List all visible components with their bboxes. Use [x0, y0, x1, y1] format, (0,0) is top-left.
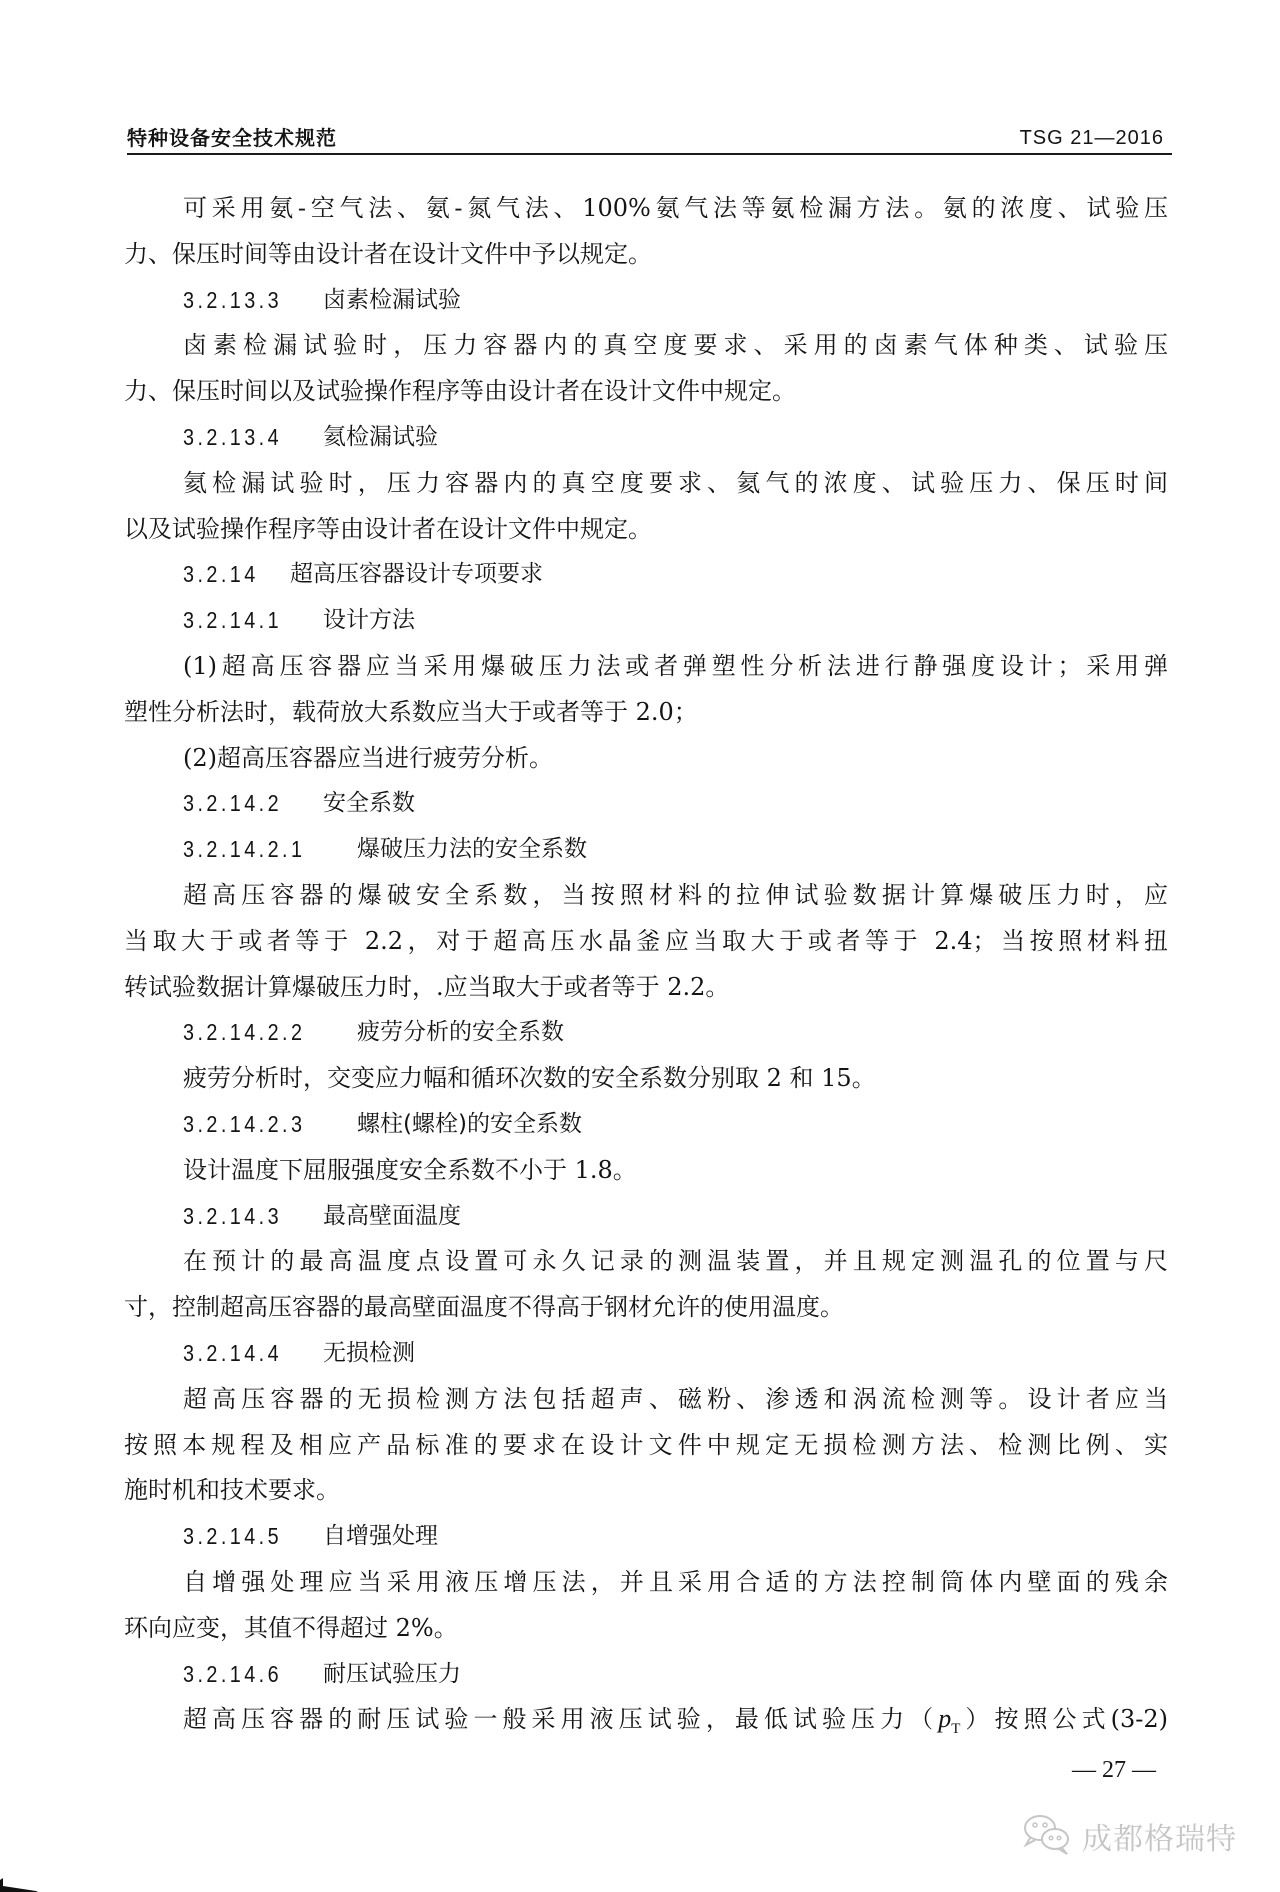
- section-heading: 3.2.14.2安全系数: [183, 780, 1168, 826]
- wechat-icon: [1022, 1812, 1074, 1860]
- body-line: 塑性分析法时，载荷放大系数应当大于或者等于 2.0；: [124, 689, 1168, 735]
- section-heading: 3.2.14.2.1爆破压力法的安全系数: [183, 826, 1168, 872]
- section-title: 无损检测: [323, 1330, 415, 1376]
- body-line: (2)超高压容器应当进行疲劳分析。: [183, 735, 1168, 781]
- section-title: 最高壁面温度: [323, 1193, 461, 1239]
- section-number: 3.2.14.2.2: [183, 1009, 305, 1055]
- section-heading: 3.2.14超高压容器设计专项要求: [183, 551, 1168, 597]
- section-heading: 3.2.14.1设计方法: [183, 597, 1168, 643]
- text-before-symbol: 超高压容器的耐压试验一般采用液压试验，最低试验压力（: [183, 1705, 938, 1733]
- body-line: 可采用氨-空气法、氨-氮气法、100%氨气法等氨检漏方法。氨的浓度、试验压: [183, 185, 1168, 231]
- section-number: 3.2.14.2.3: [183, 1101, 305, 1147]
- section-number: 3.2.14.1: [183, 597, 282, 643]
- body-line: 转试验数据计算爆破压力时，.应当取大于或者等于 2.2。: [124, 964, 1168, 1010]
- section-number: 3.2.14.2.1: [183, 826, 305, 872]
- running-header: 特种设备安全技术规范 TSG 21—2016: [127, 124, 1170, 152]
- section-title: 氦检漏试验: [323, 414, 438, 460]
- watermark-text: 成都格瑞特: [1082, 1814, 1237, 1858]
- body-line: 氦检漏试验时，压力容器内的真空度要求、氦气的浓度、试验压力、保压时间: [183, 460, 1168, 506]
- watermark: 成都格瑞特: [1022, 1812, 1237, 1860]
- section-title: 超高压容器设计专项要求: [290, 551, 543, 597]
- section-number: 3.2.14.2: [183, 780, 282, 826]
- section-heading: 3.2.14.4无损检测: [183, 1330, 1168, 1376]
- section-title: 疲劳分析的安全系数: [357, 1009, 564, 1055]
- body-line: 寸，控制超高压容器的最高壁面温度不得高于钢材允许的使用温度。: [124, 1284, 1168, 1330]
- section-number: 3.2.14.6: [183, 1651, 282, 1697]
- body-line: 环向应变，其值不得超过 2%。: [124, 1605, 1168, 1651]
- body-line: 按照本规程及相应产品标准的要求在设计文件中规定无损检测方法、检测比例、实: [124, 1422, 1168, 1468]
- body-line: 在预计的最高温度点设置可永久记录的测温装置，并且规定测温孔的位置与尺: [183, 1238, 1168, 1284]
- scan-artifact: [0, 1874, 38, 1892]
- body-line-formula-ref: 超高压容器的耐压试验一般采用液压试验，最低试验压力（pT）按照公式(3-2): [183, 1696, 1168, 1742]
- page-number: — 27 —: [1062, 1752, 1166, 1788]
- section-number: 3.2.14.3: [183, 1193, 282, 1239]
- section-title: 设计方法: [323, 597, 415, 643]
- body-line: 疲劳分析时，交变应力幅和循环次数的安全系数分别取 2 和 15。: [183, 1055, 1168, 1101]
- document-page: 特种设备安全技术规范 TSG 21—2016 可采用氨-空气法、氨-氮气法、10…: [0, 0, 1280, 1892]
- section-title: 耐压试验压力: [323, 1651, 461, 1697]
- section-title: 螺柱(螺栓)的安全系数: [357, 1101, 582, 1147]
- symbol-p: p: [938, 1704, 951, 1733]
- section-title: 爆破压力法的安全系数: [357, 826, 587, 872]
- body-line: 卤素检漏试验时，压力容器内的真空度要求、采用的卤素气体种类、试验压: [183, 322, 1168, 368]
- body-line: 超高压容器的无损检测方法包括超声、磁粉、渗透和涡流检测等。设计者应当: [183, 1376, 1168, 1422]
- body-line: 以及试验操作程序等由设计者在设计文件中规定。: [124, 506, 1168, 552]
- section-number: 3.2.14: [183, 551, 259, 597]
- header-standard-code: TSG 21—2016: [1020, 124, 1164, 152]
- section-heading: 3.2.14.3最高壁面温度: [183, 1193, 1168, 1239]
- section-heading: 3.2.13.4氦检漏试验: [183, 414, 1168, 460]
- body-line: 施时机和技术要求。: [124, 1467, 1168, 1513]
- section-number: 3.2.14.4: [183, 1330, 282, 1376]
- section-heading: 3.2.14.6耐压试验压力: [183, 1651, 1168, 1697]
- section-number: 3.2.13.4: [183, 414, 282, 460]
- body-line: 当取大于或者等于 2.2，对于超高压水晶釜应当取大于或者等于 2.4；当按照材料…: [124, 918, 1168, 964]
- section-heading: 3.2.14.5自增强处理: [183, 1513, 1168, 1559]
- body-line: 力、保压时间等由设计者在设计文件中予以规定。: [124, 231, 1168, 277]
- section-heading: 3.2.14.2.2疲劳分析的安全系数: [183, 1009, 1168, 1055]
- body-line: 自增强处理应当采用液压增压法，并且采用合适的方法控制筒体内壁面的残余: [183, 1559, 1168, 1605]
- header-rule: [127, 153, 1172, 155]
- section-heading: 3.2.14.2.3螺柱(螺栓)的安全系数: [183, 1101, 1168, 1147]
- section-number: 3.2.13.3: [183, 277, 282, 323]
- section-title: 安全系数: [323, 780, 415, 826]
- body-line: 力、保压时间以及试验操作程序等由设计者在设计文件中规定。: [124, 368, 1168, 414]
- symbol-subscript: T: [951, 1721, 960, 1737]
- section-number: 3.2.14.5: [183, 1513, 282, 1559]
- header-title: 特种设备安全技术规范: [127, 124, 337, 152]
- text-after-symbol: ）按照公式(3-2): [960, 1705, 1168, 1733]
- body-line: (1)超高压容器应当采用爆破压力法或者弹塑性分析法进行静强度设计；采用弹: [183, 643, 1168, 689]
- section-title: 自增强处理: [323, 1513, 438, 1559]
- section-heading: 3.2.13.3卤素检漏试验: [183, 277, 1168, 323]
- body-line: 超高压容器的爆破安全系数，当按照材料的拉伸试验数据计算爆破压力时，应: [183, 872, 1168, 918]
- section-title: 卤素检漏试验: [323, 277, 461, 323]
- body-line: 设计温度下屈服强度安全系数不小于 1.8。: [183, 1147, 1168, 1193]
